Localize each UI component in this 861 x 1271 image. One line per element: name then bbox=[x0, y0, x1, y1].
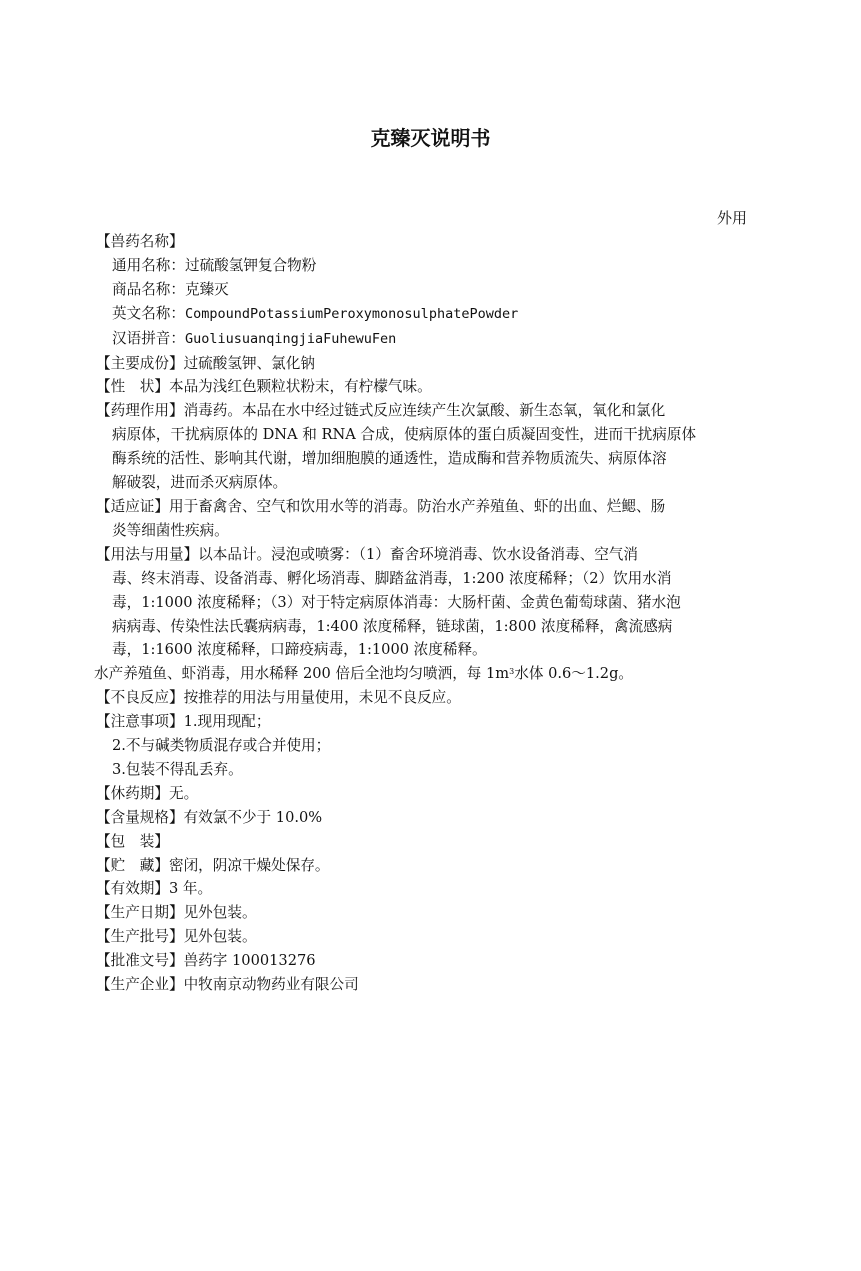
section-label: 【用法与用量】 bbox=[96, 546, 198, 563]
section-text: 用于畜禽舍、空气和饮用水等的消毒。防治水产养殖鱼、虾的出血、烂鳃、肠 bbox=[169, 498, 665, 515]
section-label: 【生产企业】 bbox=[96, 976, 184, 993]
section-label: 【批准文号】 bbox=[96, 952, 184, 969]
section-label: 【药理作用】 bbox=[96, 402, 184, 419]
section-adverse-reactions: 【不良反应】按推荐的用法与用量使用，未见不良反应。 bbox=[96, 686, 748, 710]
usage-note: 外用 bbox=[717, 207, 747, 228]
aquaculture-text-end: 水体 0.6～1.2g。 bbox=[514, 665, 633, 682]
section-indications: 【适应证】用于畜禽舍、空气和饮用水等的消毒。防治水产养殖鱼、虾的出血、烂鳃、肠 bbox=[96, 495, 748, 519]
section-label: 【含量规格】 bbox=[96, 809, 184, 826]
section-label: 【贮 藏】 bbox=[96, 857, 169, 874]
document-body: 【兽药名称】 通用名称：过硫酸氢钾复合物粉 商品名称：克臻灭 英文名称：Comp… bbox=[96, 230, 748, 997]
section-shelf-life: 【有效期】3 年。 bbox=[96, 877, 748, 901]
section-content: 【含量规格】有效氯不少于 10.0% bbox=[96, 806, 748, 830]
section-text: 见外包装。 bbox=[184, 904, 257, 921]
indications-line: 炎等细菌性疾病。 bbox=[96, 519, 748, 543]
section-label: 【注意事项】 bbox=[96, 713, 184, 730]
document-title: 克臻灭说明书 bbox=[0, 122, 861, 151]
section-label: 【休药期】 bbox=[96, 785, 169, 802]
aquaculture-text: 水产养殖鱼、虾消毒，用水稀释 200 倍后全池均匀喷洒，每 1m bbox=[94, 665, 509, 682]
precaution-item: 2.不与碱类物质混存或合并使用； bbox=[96, 734, 748, 758]
english-name-label: 英文名称： bbox=[112, 305, 185, 322]
section-appearance: 【性 状】本品为浅红色颗粒状粉末，有柠檬气味。 bbox=[96, 375, 748, 399]
section-ingredients: 【主要成份】过硫酸氢钾、氯化钠 bbox=[96, 352, 748, 376]
section-label: 【适应证】 bbox=[96, 498, 169, 515]
section-label: 【性 状】 bbox=[96, 378, 169, 395]
section-text: 兽药字 100013276 bbox=[184, 952, 316, 969]
section-pharmacology: 【药理作用】消毒药。本品在水中经过链式反应连续产生次氯酸、新生态氧，氧化和氯化 bbox=[96, 399, 748, 423]
section-label: 【兽药名称】 bbox=[96, 233, 184, 250]
pharmacology-line: 病原体，干扰病原体的 DNA 和 RNA 合成，使病原体的蛋白质凝固变性，进而干… bbox=[96, 423, 748, 447]
pinyin-name: 汉语拼音：GuoliusuanqingjiaFuhewuFen bbox=[96, 327, 748, 352]
section-dosage: 【用法与用量】以本品计。浸泡或喷雾：（1）畜舍环境消毒、饮水设备消毒、空气消 bbox=[96, 543, 748, 567]
section-manufacturer: 【生产企业】中牧南京动物药业有限公司 bbox=[96, 973, 748, 997]
precaution-item: 3.包装不得乱丢弃。 bbox=[96, 758, 748, 782]
section-label: 【包 装】 bbox=[96, 833, 169, 850]
section-text: 无。 bbox=[169, 785, 198, 802]
section-text: 过硫酸氢钾、氯化钠 bbox=[184, 355, 315, 372]
pinyin-name-value: GuoliusuanqingjiaFuhewuFen bbox=[185, 331, 396, 347]
section-text: 3 年。 bbox=[169, 880, 212, 897]
section-precautions: 【注意事项】1.现用现配； bbox=[96, 710, 748, 734]
pharmacology-line: 酶系统的活性、影响其代谢，增加细胞膜的通透性，造成酶和营养物质流失、病原体溶 bbox=[96, 447, 748, 471]
section-text: 见外包装。 bbox=[184, 928, 257, 945]
english-name: 英文名称：CompoundPotassiumPeroxymonosulphate… bbox=[96, 302, 748, 327]
section-storage: 【贮 藏】密闭，阴凉干燥处保存。 bbox=[96, 854, 748, 878]
section-label: 【主要成份】 bbox=[96, 355, 184, 372]
section-approval-number: 【批准文号】兽药字 100013276 bbox=[96, 949, 748, 973]
generic-name: 通用名称：过硫酸氢钾复合物粉 bbox=[96, 254, 748, 278]
trade-name: 商品名称：克臻灭 bbox=[96, 278, 748, 302]
pinyin-name-label: 汉语拼音： bbox=[112, 330, 185, 347]
section-text: 密闭，阴凉干燥处保存。 bbox=[169, 857, 330, 874]
cubic-superscript: 3 bbox=[509, 667, 514, 676]
section-production-date: 【生产日期】见外包装。 bbox=[96, 901, 748, 925]
section-label: 【不良反应】 bbox=[96, 689, 184, 706]
section-withdrawal: 【休药期】无。 bbox=[96, 782, 748, 806]
section-batch-number: 【生产批号】见外包装。 bbox=[96, 925, 748, 949]
section-text: 本品为浅红色颗粒状粉末，有柠檬气味。 bbox=[169, 378, 432, 395]
section-text: 按推荐的用法与用量使用，未见不良反应。 bbox=[184, 689, 461, 706]
section-packaging: 【包 装】 bbox=[96, 830, 748, 854]
english-name-value: CompoundPotassiumPeroxymonosulphatePowde… bbox=[185, 306, 518, 322]
section-text: 以本品计。浸泡或喷雾：（1）畜舍环境消毒、饮水设备消毒、空气消 bbox=[198, 546, 638, 563]
precaution-item: 1.现用现配； bbox=[184, 713, 271, 730]
dosage-aquaculture: 水产养殖鱼、虾消毒，用水稀释 200 倍后全池均匀喷洒，每 1m3水体 0.6～… bbox=[94, 662, 748, 686]
section-label: 【有效期】 bbox=[96, 880, 169, 897]
section-label: 【生产批号】 bbox=[96, 928, 184, 945]
section-drug-name-heading: 【兽药名称】 bbox=[96, 230, 748, 254]
pharmacology-line: 解破裂，进而杀灭病原体。 bbox=[96, 471, 748, 495]
dosage-line: 病病毒、传染性法氏囊病病毒，1:400 浓度稀释，链球菌，1:800 浓度稀释，… bbox=[96, 615, 748, 639]
section-text: 消毒药。本品在水中经过链式反应连续产生次氯酸、新生态氧，氧化和氯化 bbox=[184, 402, 666, 419]
section-text: 中牧南京动物药业有限公司 bbox=[184, 976, 359, 993]
dosage-line: 毒、终末消毒、设备消毒、孵化场消毒、脚踏盆消毒，1:200 浓度稀释；（2）饮用… bbox=[96, 567, 748, 591]
section-label: 【生产日期】 bbox=[96, 904, 184, 921]
section-text: 有效氯不少于 10.0% bbox=[184, 809, 323, 826]
dosage-line: 毒，1:1600 浓度稀释，口蹄疫病毒，1:1000 浓度稀释。 bbox=[96, 638, 748, 662]
dosage-line: 毒，1:1000 浓度稀释；（3）对于特定病原体消毒：大肠杆菌、金黄色葡萄球菌、… bbox=[96, 591, 748, 615]
